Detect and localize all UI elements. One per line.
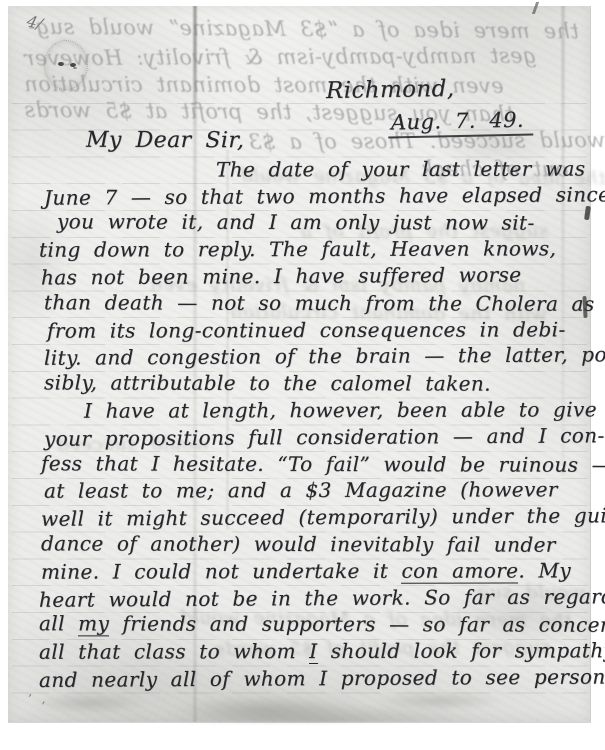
scanned-letter-screenshot: { "colors": { "background": "#ffffff", "…	[0, 0, 605, 750]
letter-line: all my friends and supporters — so far a…	[39, 612, 605, 636]
letter-line: you wrote it, and I am only just now sit…	[57, 210, 535, 234]
letter-line: and nearly all of whom I proposed to see…	[39, 665, 605, 691]
letter-line: at least to me; and a $3 Magazine (howev…	[44, 478, 558, 502]
underlined-word: con amore	[401, 558, 518, 583]
letter-line: from its long-continued consequences in …	[47, 318, 566, 342]
letter-line: fess that I hesitate. “To fail” would be…	[41, 452, 605, 476]
letter-line: all that class to whom I should look for…	[39, 639, 605, 663]
letter-line: lity. and congestion of the brain — the …	[44, 343, 605, 369]
letter-line: heart would not be in the work. So far a…	[39, 585, 605, 611]
pencil-mark-bottom-left: ’ ,	[28, 692, 48, 706]
letter-line: dance of another) would inevitably fail …	[41, 532, 556, 556]
heading-place: Richmond,	[326, 77, 455, 105]
underlined-word: my	[78, 611, 109, 636]
letter-line: your propositions full consideration — a…	[44, 424, 605, 450]
letter-line: than death — not so much from the Choler…	[44, 291, 595, 315]
underlined-word: I	[309, 639, 317, 664]
letter-line: June 7 — so that two months have elapsed…	[44, 183, 605, 209]
letter-line: has not been mine. I have suffered worse	[41, 264, 522, 289]
letter-line: sibly, attributable to the calomel taken…	[44, 371, 491, 395]
letter-line: well it might succeed (temporarily) unde…	[41, 504, 605, 530]
letter-line: I have at length, however, been able to …	[84, 398, 597, 422]
bleedthrough-line: gest namby-pamby-ism & frivolity: Howeve…	[24, 45, 537, 71]
heading-date: Aug. 7. 49.	[388, 108, 534, 138]
scan-background: 4/ ’ , the mere idea of a “$3 Magazine” …	[0, 0, 605, 750]
letter-line: My Dear Sir,	[86, 129, 244, 154]
letter-line: The date of your last letter was	[216, 158, 586, 181]
letter-line: mine. I could not undertake it con amore…	[41, 559, 571, 583]
letter-line: ting down to reply. The fault, Heaven kn…	[39, 237, 556, 261]
bleedthrough-line: the mere idea of a “$3 Magazine” would s…	[28, 16, 579, 44]
